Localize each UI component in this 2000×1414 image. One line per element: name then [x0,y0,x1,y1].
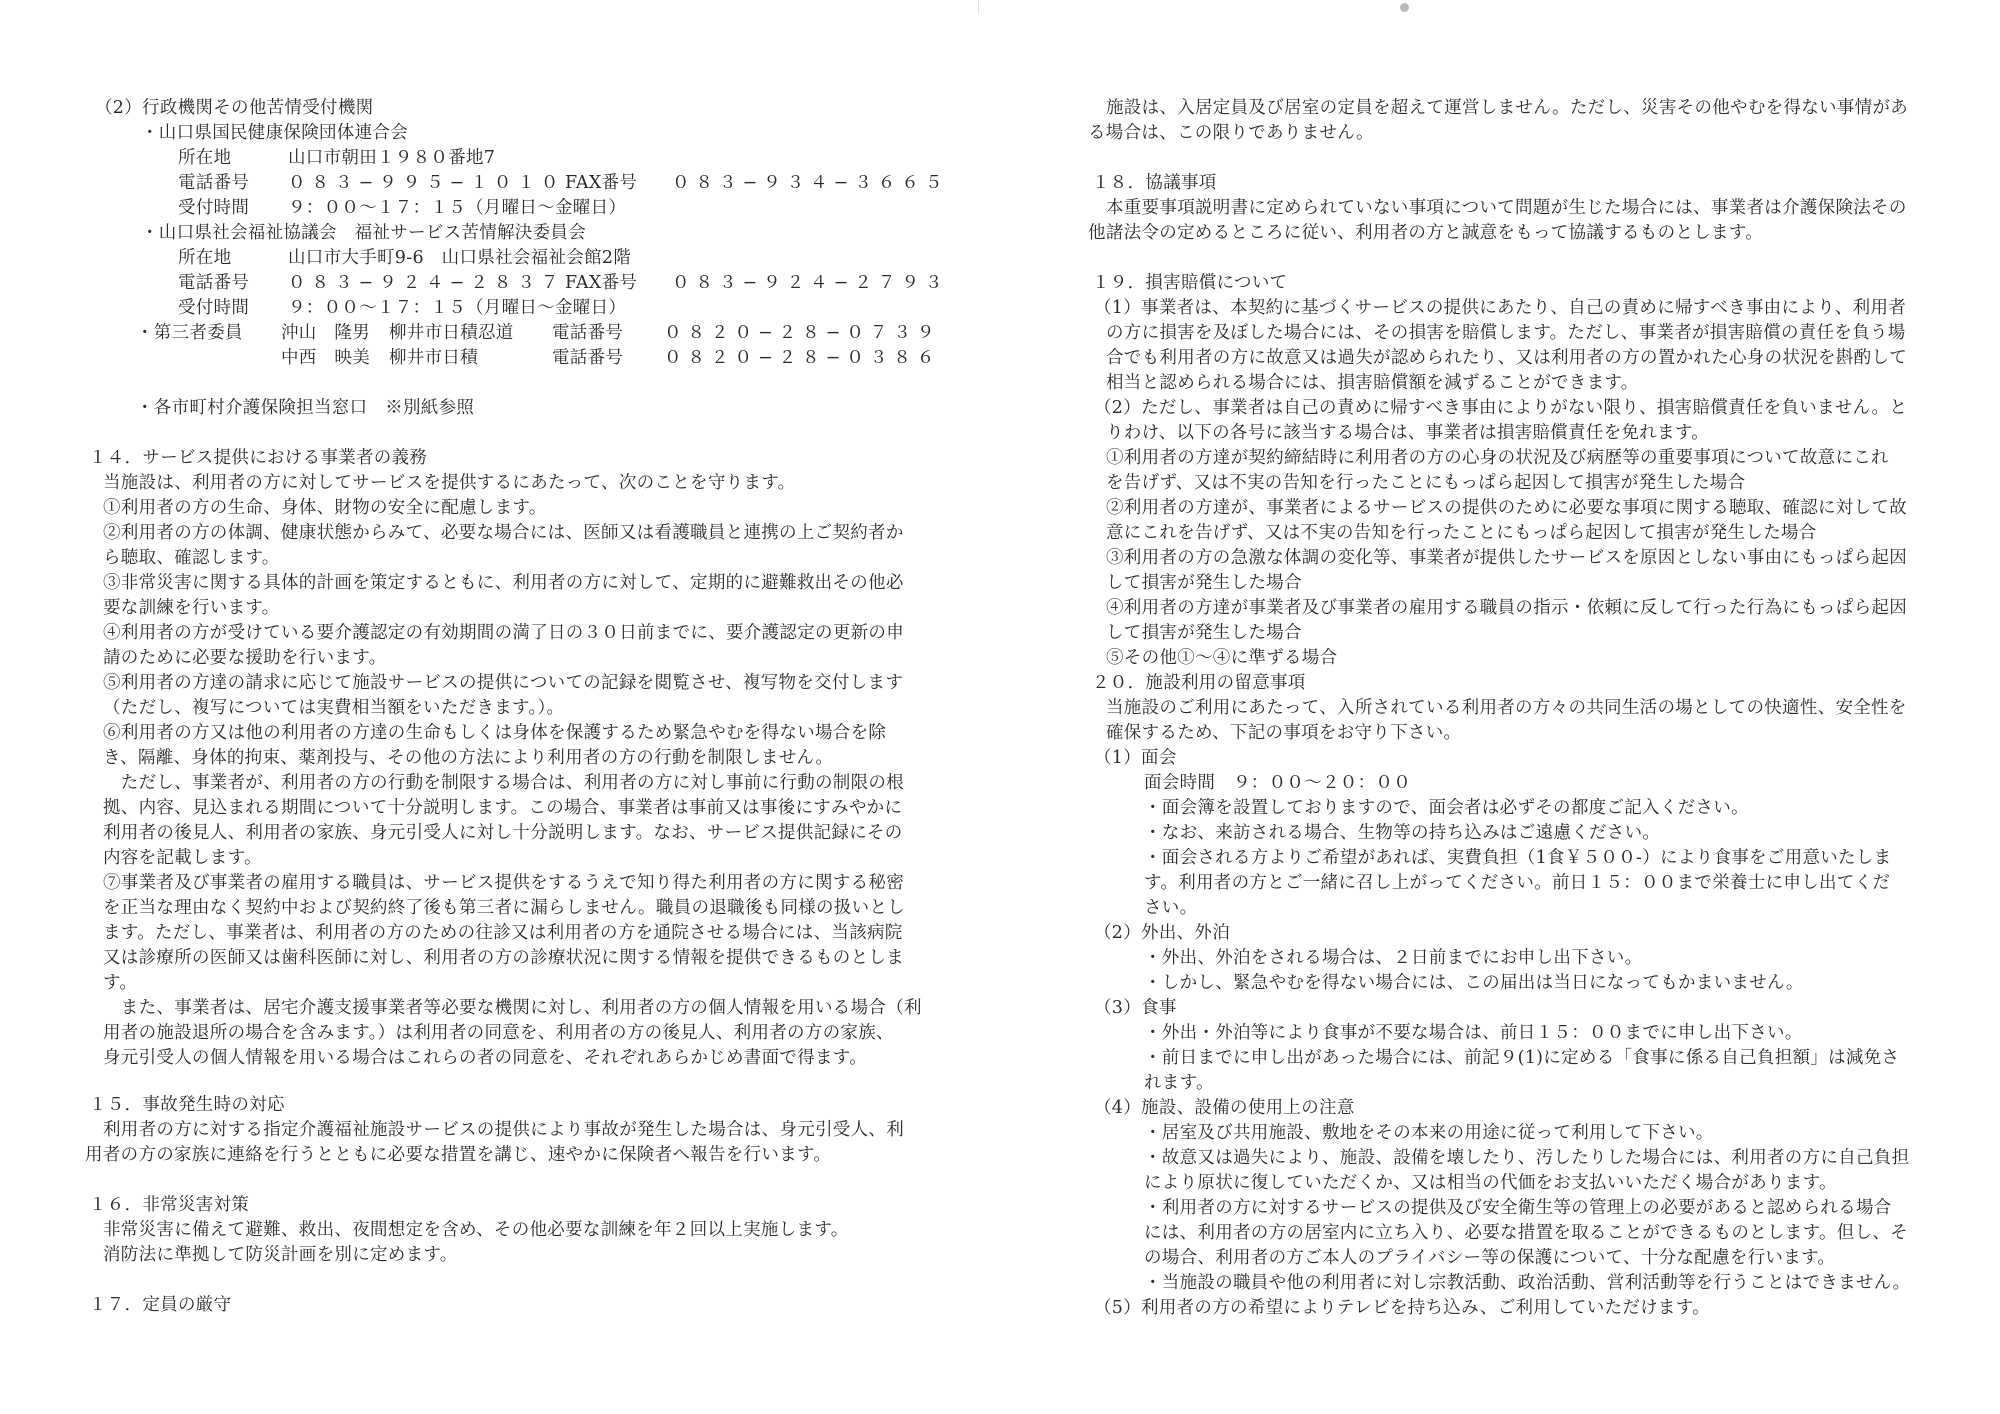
sec14-line: き、隔離、身体的拘束、薬剤投与、その他の方法により利用者の方の行動を制限しません… [103,746,833,771]
sec14-line: 用者の施設退所の場合を含みます。）は利用者の同意を、利用者の方の後見人、利用者の… [103,1021,894,1046]
sec14-line: ら聴取、確認します。 [103,546,280,571]
sec19-line: ④利用者の方達が事業者及び事業者の雇用する職員の指示・依頼に反して行った行為にも… [1106,596,1907,621]
sec20-visit-line: ・面会簿を設置しておりますので、面会者は必ずその都度ご記入ください。 [1144,796,1749,821]
sec14-line: 要な訓練を行います。 [103,596,280,621]
third-party-2-address: 柳井市日積 [389,346,478,371]
municipal-contact: ・各市町村介護保険担当窓口 ※別紙参照 [136,396,474,421]
org1-fax: ０８３−９３４−３６６５ [672,171,948,196]
sec20-intro-line: 当施設のご利用にあたって、入所されている利用者の方々の共同生活の場としての快適性… [1106,696,1907,721]
org2-fax-label: FAX番号 [565,271,637,296]
section-16-heading: １６．非常災害対策 [89,1193,249,1218]
sec14-line: ②利用者の方の体調、健康状態からみて、必要な場合には、医師又は看護職員と連携の上… [103,521,904,546]
sec20-visit-line: ・面会される方よりご希望があれば、実費負担（1食￥５００-）により食事をご用意い… [1144,846,1891,871]
sec14-line: を正当な理由なく契約中および契約終了後も第三者に漏らしません。職員の退職後も同様… [103,896,905,921]
org1-address-label: 所在地 [178,146,231,171]
sec19-line: ①利用者の方達が契約締結時に利用者の方の心身の状況及び病歴等の重要事項について故… [1106,446,1889,471]
section-14-heading: １４．サービス提供における事業者の義務 [89,446,427,471]
sec20-outing-line: ・しかし、緊急やむを得ない場合には、この届出は当日になってもかまいません。 [1144,971,1804,996]
third-party-1-tel-label: 電話番号 [552,321,623,346]
sec20-meals-line: ・外出・外泊等により食事が不要な場合は、前日１５：００までに申し出下さい。 [1144,1021,1803,1046]
sec14-line: 当施設は、利用者の方に対してサービスを提供するにあたって、次のことを守ります。 [103,471,795,496]
org1-address: 山口市朝田１９８０番地7 [288,146,495,171]
sec16-line: 非常災害に備えて避難、救出、夜間想定を含め、その他必要な訓練を年２回以上実施しま… [103,1218,849,1243]
sec19-line: りわけ、以下の各号に該当する場合は、事業者は損害賠償責任を免れます。 [1106,421,1709,446]
sec20-facilities-line: ・居室及び共用施設、敷地をその本来の用途に従って利用して下さい。 [1144,1121,1714,1146]
org1-hours: ９：００〜１７：１５（月曜日〜金曜日） [288,196,626,221]
sec15-line: 用者の方の家族に連絡を行うとともに必要な措置を講じ、速やかに保険者へ報告を行いま… [85,1143,831,1168]
sec14-line: す。 [103,971,137,996]
org2-address-label: 所在地 [178,246,231,271]
sec20-facilities-line: には、利用者の方の居室内に立ち入り、必要な措置を取ることができるものとします。但… [1144,1221,1908,1246]
sec18-line: 本重要事項説明書に定められていない事項について問題が生じた場合には、事業者は介護… [1106,196,1907,221]
org1-tel: ０８３−９９５−１０１０ [288,171,564,196]
third-party-2-tel: ０８２０−２８−０３８６ [664,346,940,371]
sec19-line: 合でも利用者の方に故意又は過失が認められたり、又は利用者の方の置かれた心身の状況… [1106,346,1907,371]
sec19-line: して損害が発生した場合 [1106,621,1302,646]
sec14-line: 内容を記載します。 [103,846,262,871]
sec19-line: ②利用者の方達が、事業者によるサービスの提供のために必要な事項に関する聴取、確認… [1106,496,1907,521]
section-20-heading: ２０．施設利用の留意事項 [1092,671,1306,696]
third-party-2-tel-label: 電話番号 [552,346,623,371]
sec14-line: ④利用者の方が受けている要介護認定の有効期間の満了日の３０日前までに、要介護認定… [103,621,904,646]
sec18-line: 他諸法令の定めるところに従い、利用者の方と誠意をもって協議するものとします。 [1088,221,1763,246]
sec20-item-outing-title: （2）外出、外泊 [1094,921,1230,946]
org1-name: ・山口県国民健康保険団体連合会 [141,121,408,146]
org2-tel: ０８３−９２４−２８３７ [288,271,564,296]
sec20-item-facilities-title: （4）施設、設備の使用上の注意 [1094,1096,1355,1121]
sec19-line: の方に損害を及ぼした場合には、その損害を賠償します。ただし、事業者が損害賠償の責… [1106,321,1906,346]
sec14-line: ⑦事業者及び事業者の雇用する職員は、サービス提供をするうえで知り得た利用者の方に… [103,871,904,896]
sec19-line: ⑤その他①〜④に準ずる場合 [1106,646,1337,671]
sec19-line: 相当と認められる場合には、損害賠償額を減ずることができます。 [1106,371,1639,396]
sec20-outing-line: ・外出、外泊をされる場合は、２日前までにお申し出下さい。 [1144,946,1642,971]
sec20-item-meals-title: （3）食事 [1094,996,1177,1021]
section-13-2-heading: （2）行政機関その他苦情受付機関 [95,96,373,121]
sec14-line: ①利用者の方の生命、身体、財物の安全に配慮します。 [103,496,547,521]
sec20-facilities-line: により原状に復していただくか、又は相当の代価をお支払いいただく場合があります。 [1144,1171,1837,1196]
sec20-visit-line: さい。 [1144,896,1197,921]
section-19-heading: １９．損害賠償について [1092,271,1287,296]
sec14-line: ⑥利用者の方又は他の利用者の方達の生命もしくは身体を保護するため緊急やむを得ない… [103,721,886,746]
sec14-line: （ただし、複写については実費相当額をいただきます。）。 [103,696,564,721]
sec14-line: ③非常災害に関する具体的計画を策定するともに、利用者の方に対して、定期的に避難救… [103,571,904,596]
sec20-facilities-line: の場合、利用者の方ご本人のプライバシー等の保護について、十分な配慮を行います。 [1144,1246,1835,1271]
sec14-line: また、事業者は、居宅介護支援事業者等必要な機関に対し、利用者の方の個人情報を用い… [103,996,922,1021]
sec17-body-line: 施設は、入居定員及び居室の定員を超えて運営しません。ただし、災害その他やむを得な… [1106,96,1908,121]
sec20-item-visit-title: （1）面会 [1094,746,1177,771]
sec20-visit-line: す。利用者の方とご一緒に召し上がってください。前日１５：００まで栄養士に申し出て… [1144,871,1890,896]
sec14-line: ただし、事業者が、利用者の方の行動を制限する場合は、利用者の方に対し事前に行動の… [103,771,904,796]
third-party-1-name: 沖山 隆男 [281,321,370,346]
sec20-intro-line: 確保するため、下記の事項をお守り下さい。 [1106,721,1461,746]
sec14-line: ⑤利用者の方達の請求に応じて施設サービスの提供についての記録を閲覧させ、複写物を… [103,671,903,696]
sec19-line: （1）事業者は、本契約に基づくサービスの提供にあたり、自己の責めに帰すべき事由に… [1094,296,1906,321]
sec20-visit-line: 面会時間 ９：００〜２０：００ [1144,771,1411,796]
sec14-line: 身元引受人の個人情報を用いる場合はこれらの者の同意を、それぞれあらかじめ書面で得… [103,1046,867,1071]
sec19-line: ③利用者の方の急激な体調の変化等、事業者が提供したサービスを原因としない事由にも… [1106,546,1907,571]
third-party-1-tel: ０８２０−２８−０７３９ [664,321,940,346]
sec20-item-tv-title: （5）利用者の方の希望によりテレビを持ち込み、ご利用していただけます。 [1094,1296,1710,1321]
sec20-meals-line: れます。 [1144,1071,1214,1096]
sec16-line: 消防法に準拠して防災計画を別に定めます。 [103,1243,458,1268]
org2-fax: ０８３−９２４−２７９３ [672,271,948,296]
third-party-2-name: 中西 映美 [281,346,370,371]
sec17-body-line: る場合は、この限りでありません。 [1088,121,1374,146]
sec20-facilities-line: ・利用者の方に対するサービスの提供及び安全衛生等の管理上の必要があると認められる… [1144,1196,1892,1221]
scan-speck [1400,3,1409,12]
org1-tel-label: 電話番号 [178,171,249,196]
org1-fax-label: FAX番号 [565,171,637,196]
org1-hours-label: 受付時間 [178,196,249,221]
fold-line [978,0,979,14]
section-15-heading: １５．事故発生時の対応 [89,1093,285,1118]
sec14-line: 拠、内容、見込まれる期間について十分説明します。この場合、事業者は事前又は事後に… [103,796,902,821]
section-18-heading: １８．協議事項 [1092,171,1217,196]
sec20-facilities-line: ・当施設の職員や他の利用者に対し宗教活動、政治活動、営利活動等を行うことはできま… [1144,1271,1910,1296]
org2-hours-label: 受付時間 [178,296,249,321]
sec15-line: 利用者の方に対する指定介護福祉施設サービスの提供により事故が発生した場合は、身元… [103,1118,904,1143]
sec19-line: を告げず、又は不実の告知を行ったことにもっぱら起因して損害が発生した場合 [1106,471,1745,496]
sec14-line: 又は診療所の医師又は歯科医師に対し、利用者の方の診療状況に関する情報を提供できる… [103,946,904,971]
org2-tel-label: 電話番号 [178,271,249,296]
sec19-line: して損害が発生した場合 [1106,571,1302,596]
third-party-label: ・第三者委員 [136,321,243,346]
sec20-visit-line: ・なお、来訪される場合、生物等の持ち込みはご遠慮ください。 [1144,821,1660,846]
sec14-line: ます。ただし、事業者は、利用者の方のための往診又は利用者の方を通院させる場合には… [103,921,903,946]
third-party-1-address: 柳井市日積忍道 [389,321,514,346]
sec20-facilities-line: ・故意又は過失により、施設、設備を壊したり、汚したりした場合には、利用者の方に自… [1144,1146,1909,1171]
sec14-line: 請のために必要な援助を行います。 [103,646,386,671]
org2-name: ・山口県社会福祉協議会 福祉サービス苦情解決委員会 [141,221,586,246]
section-17-heading: １７．定員の厳守 [89,1293,231,1318]
org2-hours: ９：００〜１７：１５（月曜日〜金曜日） [288,296,626,321]
sec19-line: 意にこれを告げず、又は不実の告知を行ったことにもっぱら起因して損害が発生した場合 [1106,521,1817,546]
sec20-meals-line: ・前日までに申し出があった場合には、前記９(1)に定める「食事に係る自己負担額」… [1144,1046,1899,1071]
sec14-line: 利用者の後見人、利用者の家族、身元引受人に対し十分説明します。なお、サービス提供… [103,821,903,846]
org2-address: 山口市大手町9-6 山口県社会福祉会館2階 [288,246,631,271]
sec19-line: （2）ただし、事業者は自己の責めに帰すべき事由によりがない限り、損害賠償責任を負… [1094,396,1907,421]
